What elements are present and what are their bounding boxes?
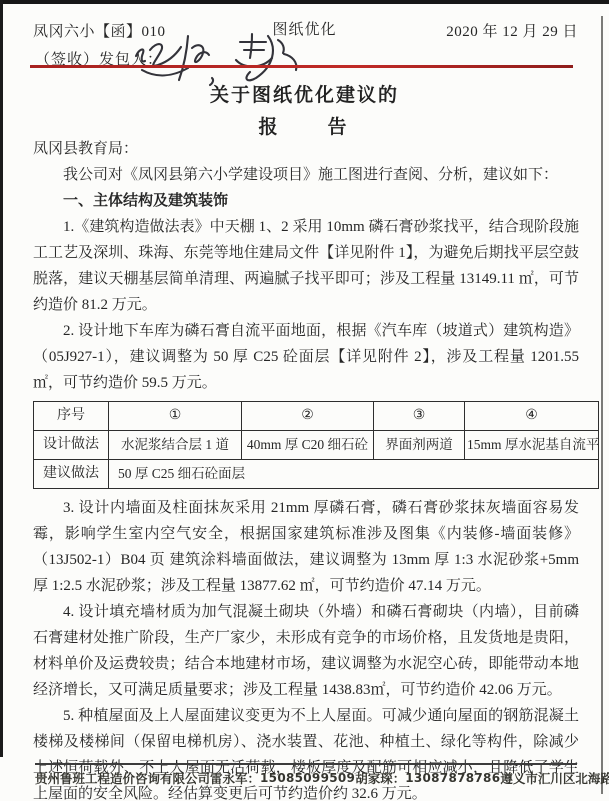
handwritten-signatures: [128, 26, 324, 88]
paragraph-2: 2. 设计地下车库为磷石膏自流平面地面，根据《汽车库（坡道式）建筑构造》（05J…: [33, 318, 579, 396]
design-cell: 40mm 厚 C20 细石砼: [242, 431, 374, 460]
intro-paragraph: 我公司对《凤冈县第六小学建设项目》施工图进行查阅、分析，建议如下：: [33, 162, 579, 188]
design-cell: 水泥浆结合层 1 道: [109, 431, 242, 460]
red-divider: [30, 65, 573, 68]
company-address: 遵义市汇川区北海路星长征 24 层: [500, 769, 609, 787]
report-body: 凤冈县教育局： 我公司对《凤冈县第六小学建设项目》施工图进行查阅、分析，建议如下…: [33, 136, 579, 801]
paragraph-1: 1.《建筑构造做法表》中天棚 1、2 采用 10mm 磷石膏砂浆找平，结合现阶段…: [33, 214, 579, 318]
table-header-row: 序号 ① ② ③ ④: [34, 402, 599, 431]
contact2-phone: 13087878786: [405, 771, 500, 785]
contact1-name: 雷永军：: [210, 769, 260, 787]
paragraph-4: 4. 设计填充墙材质为加气混凝土砌块（外墙）和磷石膏砌块（内墙），目前磷石膏建材…: [33, 599, 579, 703]
suggest-cell: 50 厚 C25 细石砼面层: [109, 460, 599, 489]
footer-divider: [35, 763, 577, 765]
greeting: 凤冈县教育局：: [33, 136, 579, 162]
table-header-cell: ③: [374, 402, 465, 431]
paragraph-3: 3. 设计内墙面及柱面抹灰采用 21mm 厚磷石膏，磷石膏砂浆抹灰墙面容易发霉，…: [33, 495, 579, 599]
scan-edge-top: [0, 0, 609, 4]
table-suggest-row: 建议做法 50 厚 C25 细石砼面层: [34, 460, 599, 489]
doc-title: 关于图纸优化建议的: [0, 80, 609, 107]
table-header-cell: ①: [109, 402, 242, 431]
contact2-name: 胡家琛：: [355, 769, 405, 787]
doc-subtitle: 报 告: [0, 112, 609, 139]
design-cell: 15mm 厚水泥基自流平: [465, 431, 599, 460]
scanned-report-page: 图纸优化 凤冈六小【函】010 2020 年 12 月 29 日 （签收）发包人…: [0, 0, 609, 801]
table-design-row: 设计做法 水泥浆结合层 1 道 40mm 厚 C20 细石砼 界面剂两道 15m…: [34, 431, 599, 460]
table-header-cell: ④: [465, 402, 599, 431]
contact1-phone: 15085099509: [260, 771, 355, 785]
company-name: 贵州鲁班工程造价咨询有限公司: [35, 769, 210, 787]
design-row-label: 设计做法: [34, 431, 109, 460]
comparison-table: 序号 ① ② ③ ④ 设计做法 水泥浆结合层 1 道 40mm 厚 C20 细石…: [33, 401, 599, 489]
section-heading: 一、主体结构及建筑装饰: [33, 188, 579, 214]
footer: 贵州鲁班工程造价咨询有限公司 雷永军： 15085099509 胡家琛： 130…: [35, 769, 583, 787]
design-cell: 界面剂两道: [374, 431, 465, 460]
table-header-cell: ②: [242, 402, 374, 431]
table-header-cell: 序号: [34, 402, 109, 431]
doc-date: 2020 年 12 月 29 日: [446, 20, 578, 41]
suggest-row-label: 建议做法: [34, 460, 109, 489]
